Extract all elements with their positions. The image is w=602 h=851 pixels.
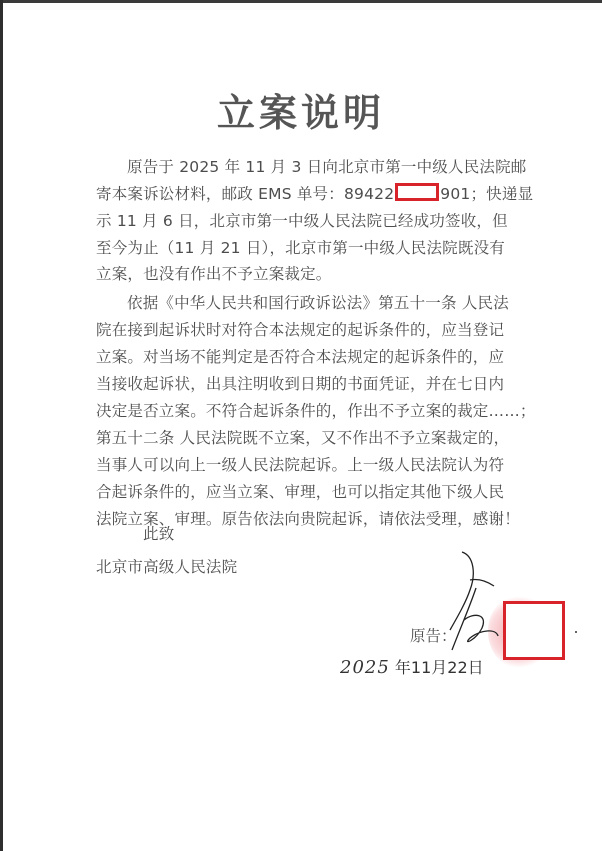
body-line: 依据《中华人民共和国行政诉讼法》第五十一条 人民法 bbox=[127, 291, 509, 313]
body-line: 院在接到起诉状时对符合本法规定的起诉条件的，应当登记 bbox=[96, 318, 504, 340]
plaintiff-label: 原告： bbox=[410, 624, 457, 646]
signature-date: 2025 年11月22日 bbox=[340, 655, 484, 678]
scan-speck bbox=[575, 631, 577, 633]
date-year-handwritten: 2025 bbox=[340, 657, 390, 678]
body-line: 至今为止（11 月 21 日），北京市第一中级人民法院既没有 bbox=[96, 236, 505, 258]
redaction-box bbox=[395, 183, 439, 201]
addressee: 北京市高级人民法院 bbox=[96, 555, 237, 577]
body-line: 决定是否立案。不符合起诉条件的，作出不予立案的裁定……； bbox=[96, 399, 536, 421]
body-line: 合起诉条件的，应当立案、审理，也可以指定其他下级人民 bbox=[96, 480, 504, 502]
scan-edge-top bbox=[0, 0, 602, 3]
body-line: 示 11 月 6 日，北京市第一中级人民法院已经成功签收，但 bbox=[96, 209, 508, 231]
body-line: 原告于 2025 年 11 月 3 日向北京市第一中级人民法院邮 bbox=[127, 155, 527, 177]
body-line-tracking: 寄本案诉讼材料，邮政 EMS 单号：89422901；快递显 bbox=[96, 182, 533, 204]
redaction-box-signature bbox=[503, 601, 565, 660]
date-month-day: 年11月22日 bbox=[395, 658, 484, 677]
document-title: 立案说明 bbox=[0, 82, 602, 137]
tracking-text-after: 901；快递显 bbox=[440, 185, 533, 203]
closing-salutation: 此致 bbox=[143, 522, 174, 544]
handwritten-signature bbox=[440, 550, 510, 665]
body-line: 当事人可以向上一级人民法院起诉。上一级人民法院认为符 bbox=[96, 453, 504, 475]
body-line: 立案，也没有作出不予立案裁定。 bbox=[96, 262, 332, 284]
body-line: 当接收起诉状，出具注明收到日期的书面凭证，并在七日内 bbox=[96, 372, 504, 394]
body-line: 立案。对当场不能判定是否符合本法规定的起诉条件的，应 bbox=[96, 345, 504, 367]
body-line: 第五十二条 人民法院既不立案，又不作出不予立案裁定的， bbox=[96, 426, 509, 448]
tracking-text-before: 寄本案诉讼材料，邮政 EMS 单号：89422 bbox=[96, 185, 394, 203]
